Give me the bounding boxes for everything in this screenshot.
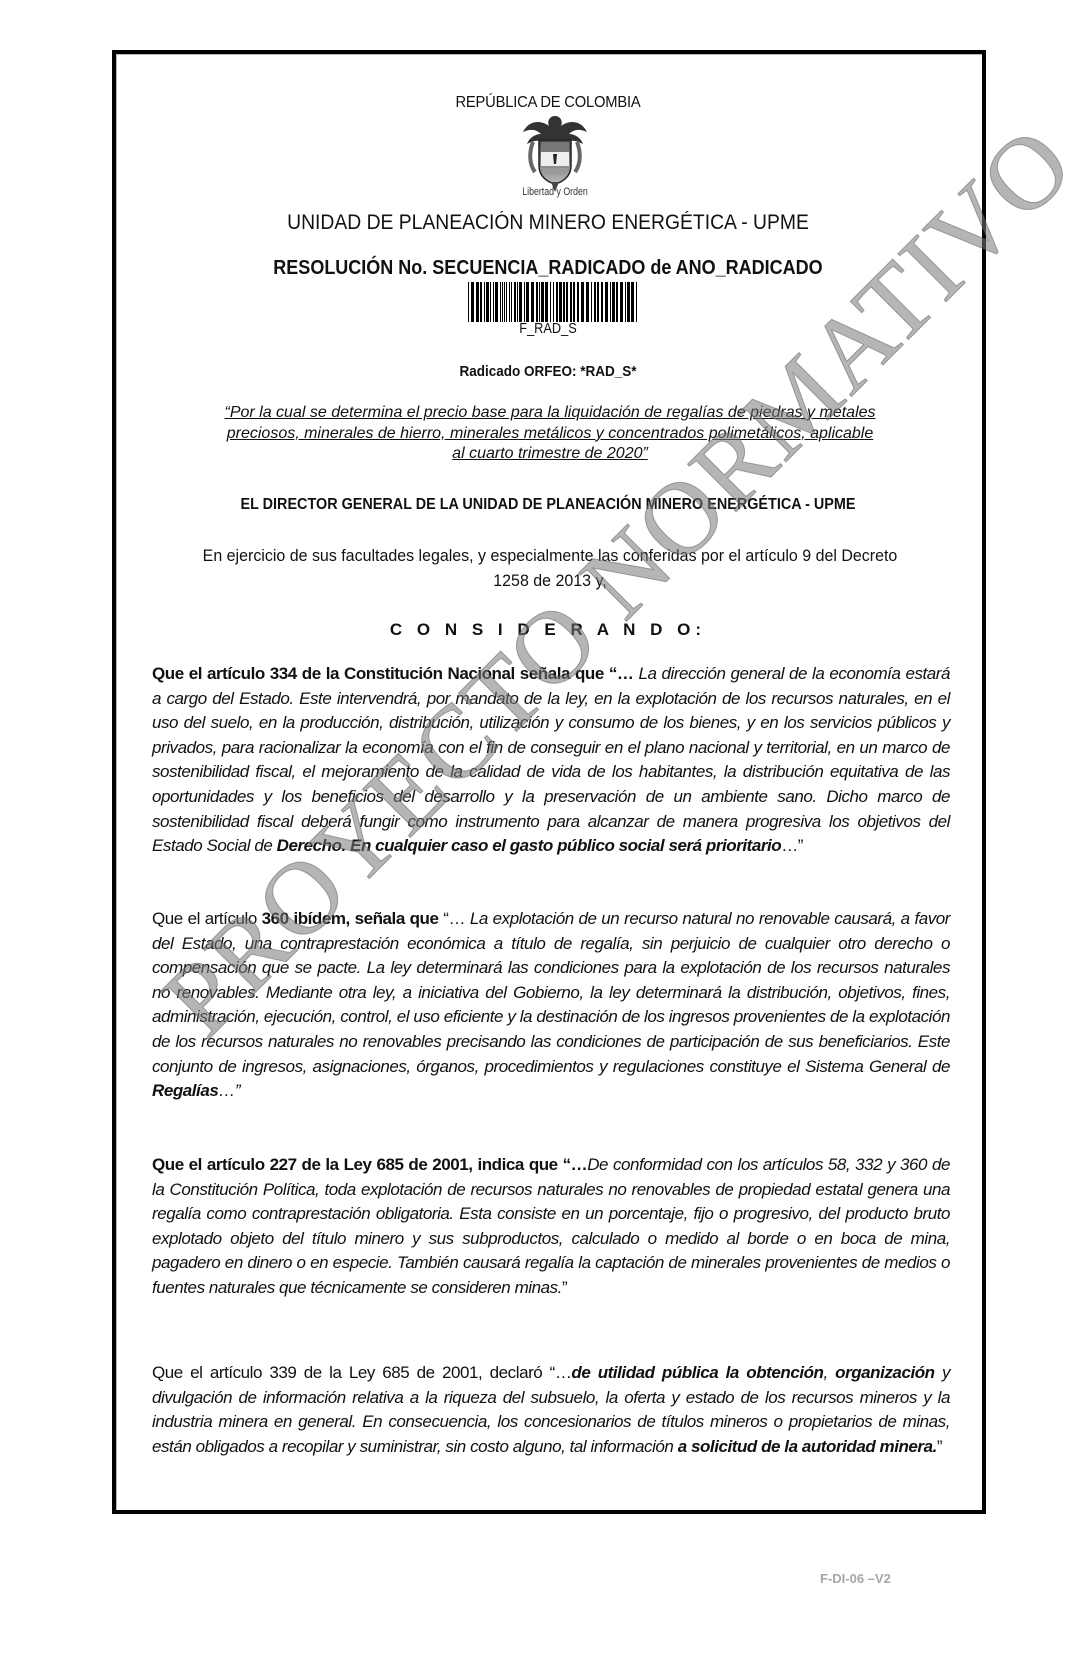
paragraph-intro: Que el artículo 334 de la Constitución N…: [152, 664, 638, 683]
resolution-subject: “Por la cual se determina el precio base…: [180, 403, 920, 465]
paragraph-closing: ”: [937, 1437, 942, 1456]
paragraph-closing: ”: [562, 1278, 567, 1297]
considerando-heading: C O N S I D E R A N D O:: [113, 620, 983, 640]
subject-line: preciosos, minerales de hierro, minerale…: [227, 425, 874, 442]
motto-text: Libertad y Orden: [515, 186, 595, 198]
paragraph-quote: ,: [823, 1363, 835, 1382]
considerando-paragraph-1: Que el artículo 334 de la Constitución N…: [152, 662, 950, 859]
barcode-text: F_RAD_S: [178, 320, 918, 337]
subject-line: “Por la cual se determina el precio base…: [224, 404, 875, 421]
paragraph-intro-bold: 360 ibídem, señala que: [262, 909, 439, 928]
paragraph-quote-bold: Derecho. En cualquier caso el gasto públ…: [277, 836, 782, 855]
orfeo-radicado: Radicado ORFEO: *RAD_S*: [157, 363, 940, 380]
resolution-number: RESOLUCIÓN No. SECUENCIA_RADICADO de ANO…: [157, 257, 940, 280]
director-heading: EL DIRECTOR GENERAL DE LA UNIDAD DE PLAN…: [157, 496, 940, 514]
considerando-paragraph-2: Que el artículo 360 ibídem, señala que “…: [152, 907, 950, 1104]
considerando-paragraph-4: Que el artículo 339 de la Ley 685 de 200…: [152, 1361, 950, 1459]
paragraph-quote-bold: de utilidad pública la obtención: [571, 1363, 823, 1382]
legal-powers-text: En ejercicio de sus facultades legales, …: [183, 543, 916, 593]
paragraph-quote: La dirección general de la economía esta…: [152, 664, 950, 855]
country-heading: REPÚBLICA DE COLOMBIA: [148, 94, 948, 112]
paragraph-intro: “…: [439, 909, 470, 928]
paragraph-quote-bold: organización: [835, 1363, 934, 1382]
paragraph-intro: Que el artículo 339 de la Ley 685 de 200…: [152, 1363, 571, 1382]
paragraph-intro: Que el artículo 227 de la Ley 685 de 200…: [152, 1155, 587, 1174]
entity-name: UNIDAD DE PLANEACIÓN MINERO ENERGÉTICA -…: [148, 211, 948, 235]
subject-line: al cuarto trimestre de 2020”: [452, 445, 648, 462]
paragraph-quote-bold: a solicitud de la autoridad minera.: [678, 1437, 937, 1456]
form-code: F-DI-06 –V2: [820, 1571, 891, 1586]
paragraph-quote: De conformidad con los artículos 58, 332…: [152, 1155, 950, 1297]
paragraph-quote: La explotación de un recurso natural no …: [152, 909, 950, 1076]
barcode-icon: [468, 282, 640, 322]
considerando-paragraph-3: Que el artículo 227 de la Ley 685 de 200…: [152, 1153, 950, 1301]
paragraph-quote-bold: Regalías: [152, 1081, 218, 1100]
paragraph-intro: Que el artículo: [152, 909, 262, 928]
paragraph-closing: …”: [218, 1081, 240, 1100]
paragraph-closing: …”: [781, 836, 803, 855]
